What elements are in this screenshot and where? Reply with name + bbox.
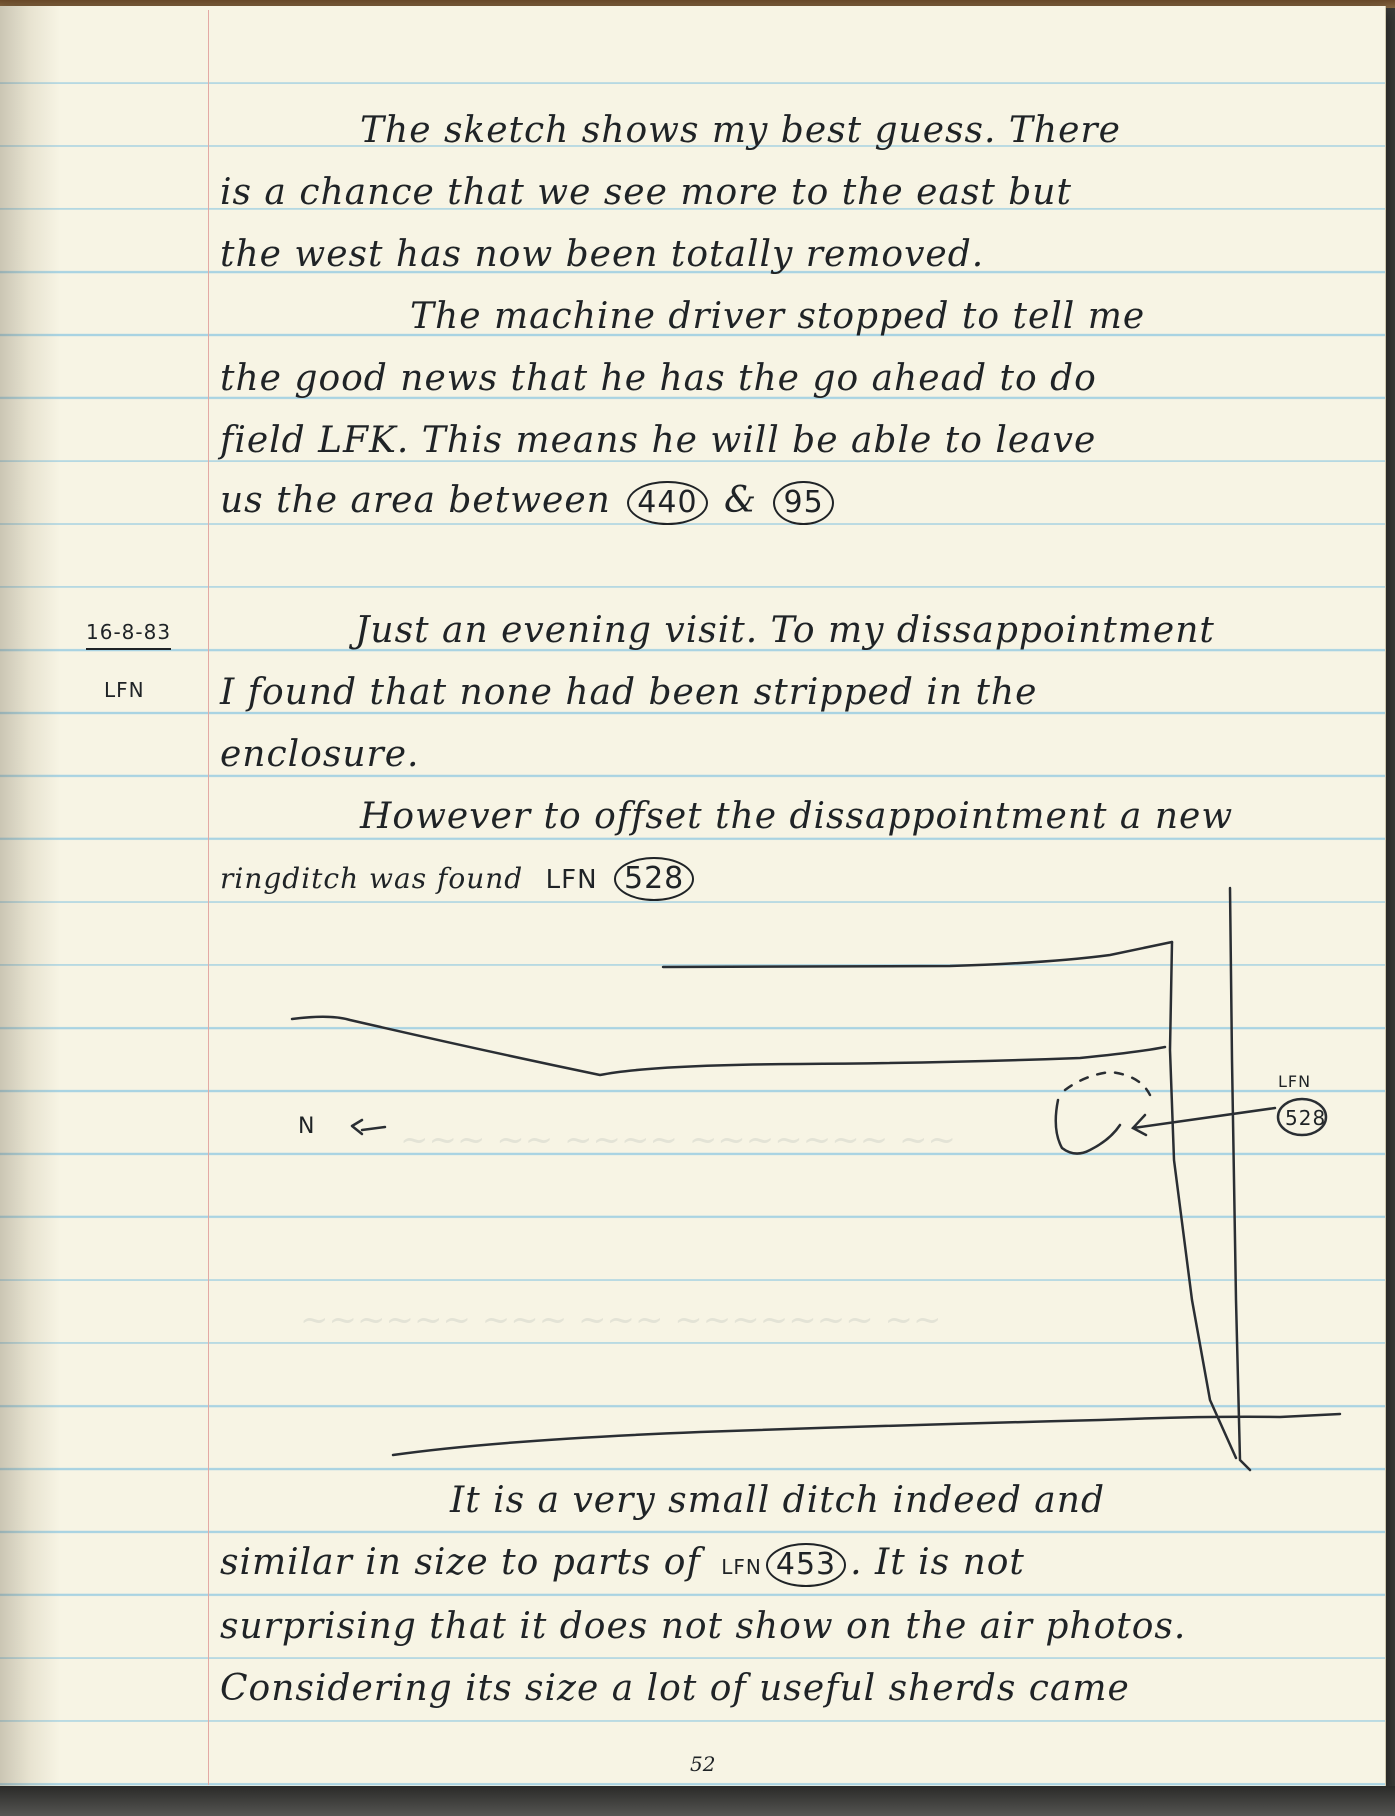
sketch-site-label: LFN — [1278, 1072, 1311, 1091]
page-number: 52 — [690, 1752, 715, 1776]
line-text: similar in size to parts of — [220, 1542, 701, 1583]
field-boundary-upper — [663, 942, 1172, 967]
sketch-ref-label: 528 — [1285, 1106, 1326, 1130]
north-arrow-head — [352, 1120, 362, 1134]
circled-ref-453: 453 — [766, 1543, 846, 1587]
ringditch-arc — [1056, 1100, 1120, 1154]
pointer-line — [1133, 1108, 1275, 1128]
entry-line: Considering its size a lot of useful she… — [220, 1668, 1130, 1709]
entry-line-with-ref: similar in size to parts of LFN453. It i… — [220, 1542, 1025, 1587]
site-code: LFN — [721, 1555, 762, 1579]
ringditch-dashed-arc — [1065, 1072, 1150, 1095]
entry-line: It is a very small ditch indeed and — [450, 1480, 1105, 1521]
field-boundary-bottom — [393, 1414, 1340, 1455]
north-arrow-shaft — [362, 1127, 385, 1130]
field-boundary-right — [1170, 942, 1236, 1458]
road-vertical-line — [1230, 888, 1250, 1470]
entry-line: surprising that it does not show on the … — [220, 1606, 1186, 1647]
line-text: . It is not — [850, 1542, 1025, 1583]
field-boundary-lower — [292, 1017, 1165, 1075]
north-label: N — [298, 1114, 315, 1139]
pointer-arrowhead — [1133, 1115, 1146, 1135]
